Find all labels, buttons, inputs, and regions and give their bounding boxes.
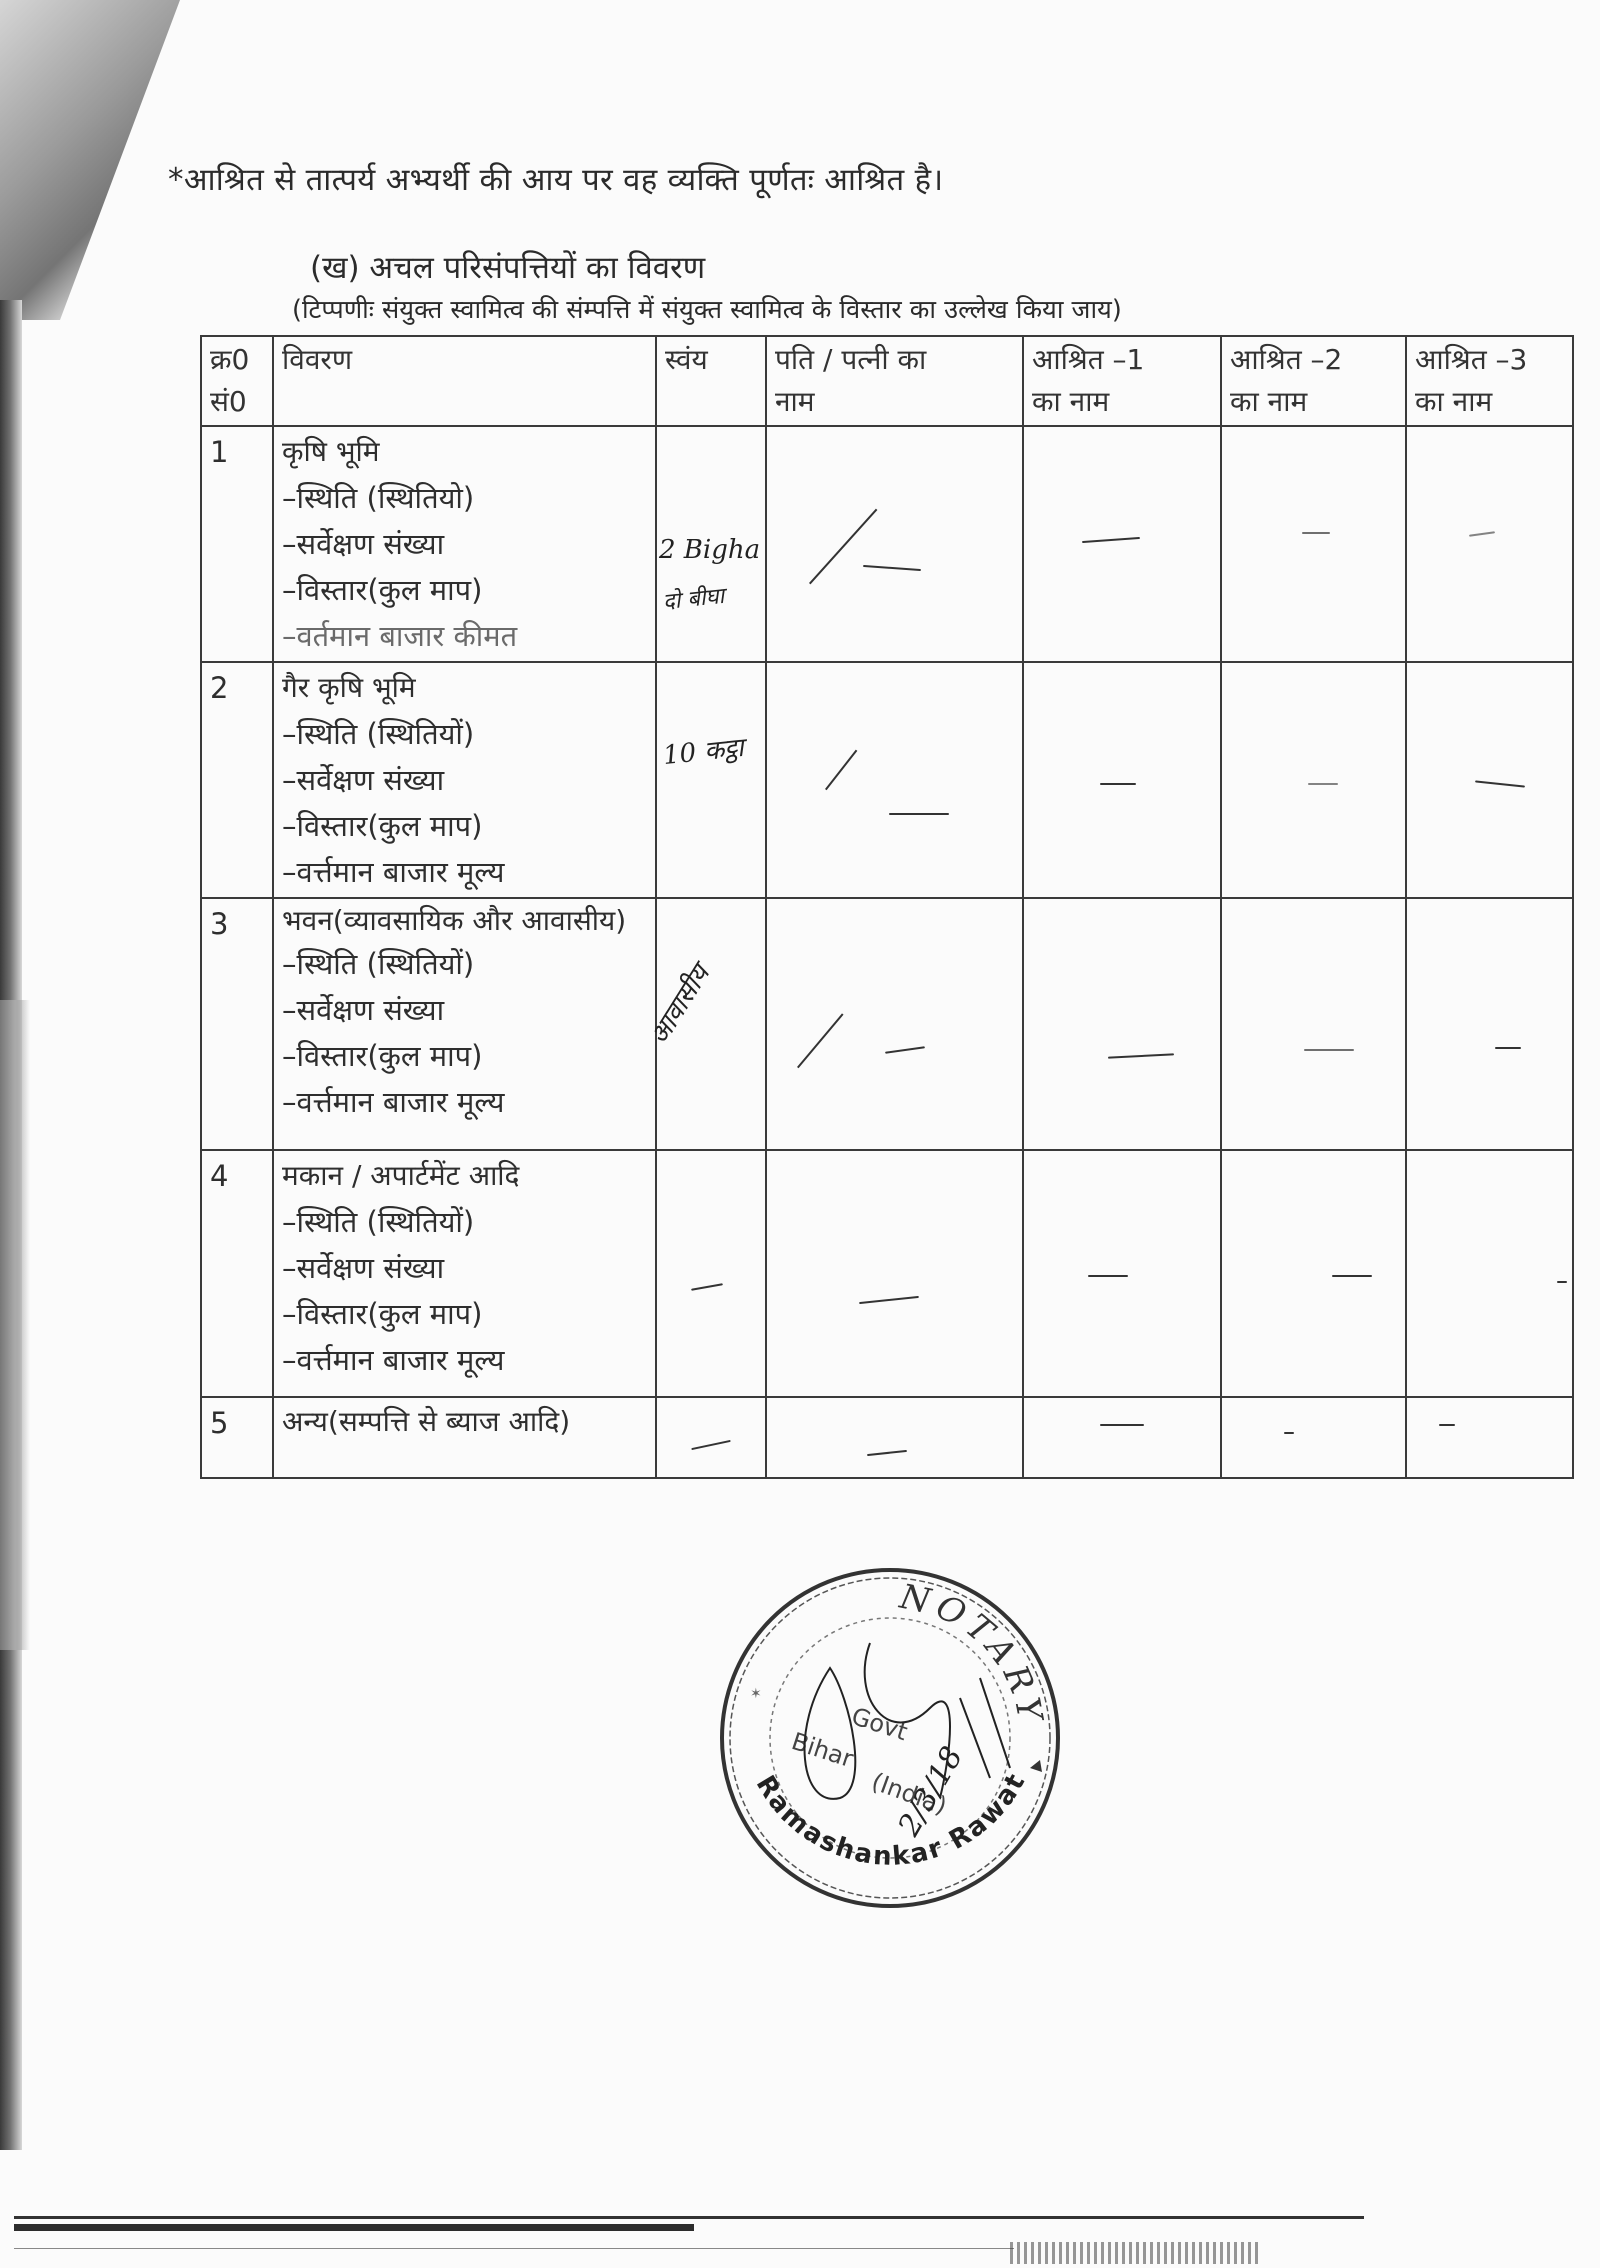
handwritten-dash-mark <box>1108 1053 1174 1058</box>
scan-noise <box>1010 2242 1260 2264</box>
handwritten-dash-mark <box>1100 783 1136 785</box>
section-note: (टिप्पणीः संयुक्त स्वामित्व की संम्पत्ति… <box>292 292 1122 326</box>
cell-spouse <box>766 662 1023 898</box>
row-serial-number: 1 <box>201 426 273 662</box>
item-title: भवन(व्यावसायिक और आवासीय) <box>282 901 647 941</box>
handwritten-dash-mark <box>867 1450 907 1456</box>
scan-bottom-rule <box>14 2224 694 2231</box>
dependent-definition-footnote: *आश्रित से तात्पर्य अभ्यर्थी की आय पर वह… <box>168 158 944 200</box>
handwritten-dash-mark <box>863 565 921 571</box>
handwritten-slash-mark <box>809 509 877 585</box>
handwritten-dash-mark <box>1284 1432 1294 1434</box>
table-row: 4 मकान / अपार्टमेंट आदि –स्थिति (स्थितिय… <box>201 1150 1573 1397</box>
cell-dependent-3 <box>1406 1397 1573 1478</box>
footnote-text: आश्रित से तात्पर्य अभ्यर्थी की आय पर वह … <box>184 162 944 198</box>
cell-spouse <box>766 898 1023 1150</box>
handwritten-dash-mark <box>1088 1275 1128 1277</box>
handwritten-dash-mark <box>1100 1424 1144 1426</box>
header-dependent-2: आश्रित –2 का नाम <box>1221 336 1406 426</box>
row-serial-number: 5 <box>201 1397 273 1478</box>
row-description: अन्य(सम्पत्ति से ब्याज आदि) <box>273 1397 656 1478</box>
handwritten-dash-mark <box>1332 1275 1372 1277</box>
item-title: मकान / अपार्टमेंट आदि <box>282 1153 647 1199</box>
handwritten-dash-mark <box>1439 1424 1455 1426</box>
cell-dependent-1 <box>1023 426 1221 662</box>
cell-spouse <box>766 1150 1023 1397</box>
header-spouse: पति / पत्नी का नाम <box>766 336 1023 426</box>
handwritten-dash-mark <box>1302 532 1330 534</box>
cell-self: 2 Bigha दो बीघा <box>656 426 766 662</box>
cell-self: आवासीय <box>656 898 766 1150</box>
cell-dependent-1 <box>1023 1397 1221 1478</box>
handwritten-entry: दो बीघा <box>661 574 727 626</box>
handwritten-dash-mark <box>1308 783 1338 785</box>
cell-self <box>656 1150 766 1397</box>
cell-self: 10 कट्ठा <box>656 662 766 898</box>
item-title: अन्य(सम्पत्ति से ब्याज आदि) <box>282 1400 647 1444</box>
header-dependent-3: आश्रित –3 का नाम <box>1406 336 1573 426</box>
item-title: कृषि भूमि <box>282 429 647 475</box>
handwritten-entry: 10 कट्ठा <box>661 725 746 779</box>
footnote-marker: * <box>168 162 184 198</box>
header-serial-number: क्र0 सं0 <box>201 336 273 426</box>
svg-text:✶: ✶ <box>750 1686 762 1702</box>
cell-dependent-1 <box>1023 898 1221 1150</box>
scan-bottom-rule <box>14 2216 1364 2219</box>
handwritten-slash-mark <box>825 750 857 791</box>
immovable-assets-table: क्र0 सं0 विवरण स्वंय पति / पत्नी का नाम … <box>200 335 1574 1479</box>
row-description: भवन(व्यावसायिक और आवासीय) –स्थिति (स्थित… <box>273 898 656 1150</box>
cell-self <box>656 1397 766 1478</box>
scan-bottom-rule <box>14 2248 1014 2249</box>
cell-dependent-1 <box>1023 1150 1221 1397</box>
notary-seal-icon: NOTARY Ramashankar Rawat Govt Bihar (Ind… <box>690 1548 1090 1918</box>
notary-stamp: NOTARY Ramashankar Rawat Govt Bihar (Ind… <box>690 1548 1090 1918</box>
header-self: स्वंय <box>656 336 766 426</box>
handwritten-dash-mark <box>1475 780 1525 787</box>
row-description: कृषि भूमि –स्थिति (स्थितियो) –सर्वेक्षण … <box>273 426 656 662</box>
item-title: गैर कृषि भूमि <box>282 665 647 711</box>
cell-dependent-3 <box>1406 426 1573 662</box>
cell-dependent-2 <box>1221 662 1406 898</box>
cell-dependent-2 <box>1221 898 1406 1150</box>
row-serial-number: 3 <box>201 898 273 1150</box>
handwritten-dash-mark <box>1495 1047 1521 1049</box>
svg-text:NOTARY: NOTARY <box>896 1577 1051 1730</box>
row-serial-number: 4 <box>201 1150 273 1397</box>
section-title: (ख) अचल परिसंपत्तियों का विवरण <box>310 246 705 288</box>
cell-dependent-3 <box>1406 898 1573 1150</box>
cell-dependent-2 <box>1221 1397 1406 1478</box>
scan-left-edge-shade <box>0 1000 30 1650</box>
cell-dependent-2 <box>1221 1150 1406 1397</box>
handwritten-entry: 2 Bigha <box>659 527 760 573</box>
handwritten-slash-mark <box>797 1013 844 1068</box>
row-description: मकान / अपार्टमेंट आदि –स्थिति (स्थितियों… <box>273 1150 656 1397</box>
handwritten-dash-mark <box>1304 1049 1354 1051</box>
header-description: विवरण <box>273 336 656 426</box>
cell-dependent-2 <box>1221 426 1406 662</box>
handwritten-dash-mark <box>1082 537 1140 543</box>
stamp-top-text: NOTARY <box>896 1577 1051 1730</box>
table-header-row: क्र0 सं0 विवरण स्वंय पति / पत्नी का नाम … <box>201 336 1573 426</box>
cell-dependent-3 <box>1406 662 1573 898</box>
cell-dependent-3 <box>1406 1150 1573 1397</box>
table-row: 2 गैर कृषि भूमि –स्थिति (स्थितियों) –सर्… <box>201 662 1573 898</box>
table-row: 3 भवन(व्यावसायिक और आवासीय) –स्थिति (स्थ… <box>201 898 1573 1150</box>
handwritten-dash-mark <box>1557 1281 1567 1283</box>
table-row: 5 अन्य(सम्पत्ति से ब्याज आदि) <box>201 1397 1573 1478</box>
stamp-center-line1: Govt <box>848 1702 911 1746</box>
cell-dependent-1 <box>1023 662 1221 898</box>
header-dependent-1: आश्रित –1 का नाम <box>1023 336 1221 426</box>
handwritten-dash-mark <box>691 1283 723 1291</box>
handwritten-dash-mark <box>889 813 949 815</box>
handwritten-dash-mark <box>885 1046 925 1054</box>
row-serial-number: 2 <box>201 662 273 898</box>
handwritten-dash-mark <box>859 1296 919 1304</box>
stamp-center-line2: Bihar <box>788 1727 857 1773</box>
table-row: 1 कृषि भूमि –स्थिति (स्थितियो) –सर्वेक्ष… <box>201 426 1573 662</box>
row-description: गैर कृषि भूमि –स्थिति (स्थितियों) –सर्वे… <box>273 662 656 898</box>
handwritten-dash-mark <box>691 1440 731 1450</box>
cell-spouse <box>766 1397 1023 1478</box>
cell-spouse <box>766 426 1023 662</box>
handwritten-dash-mark <box>1469 531 1495 537</box>
